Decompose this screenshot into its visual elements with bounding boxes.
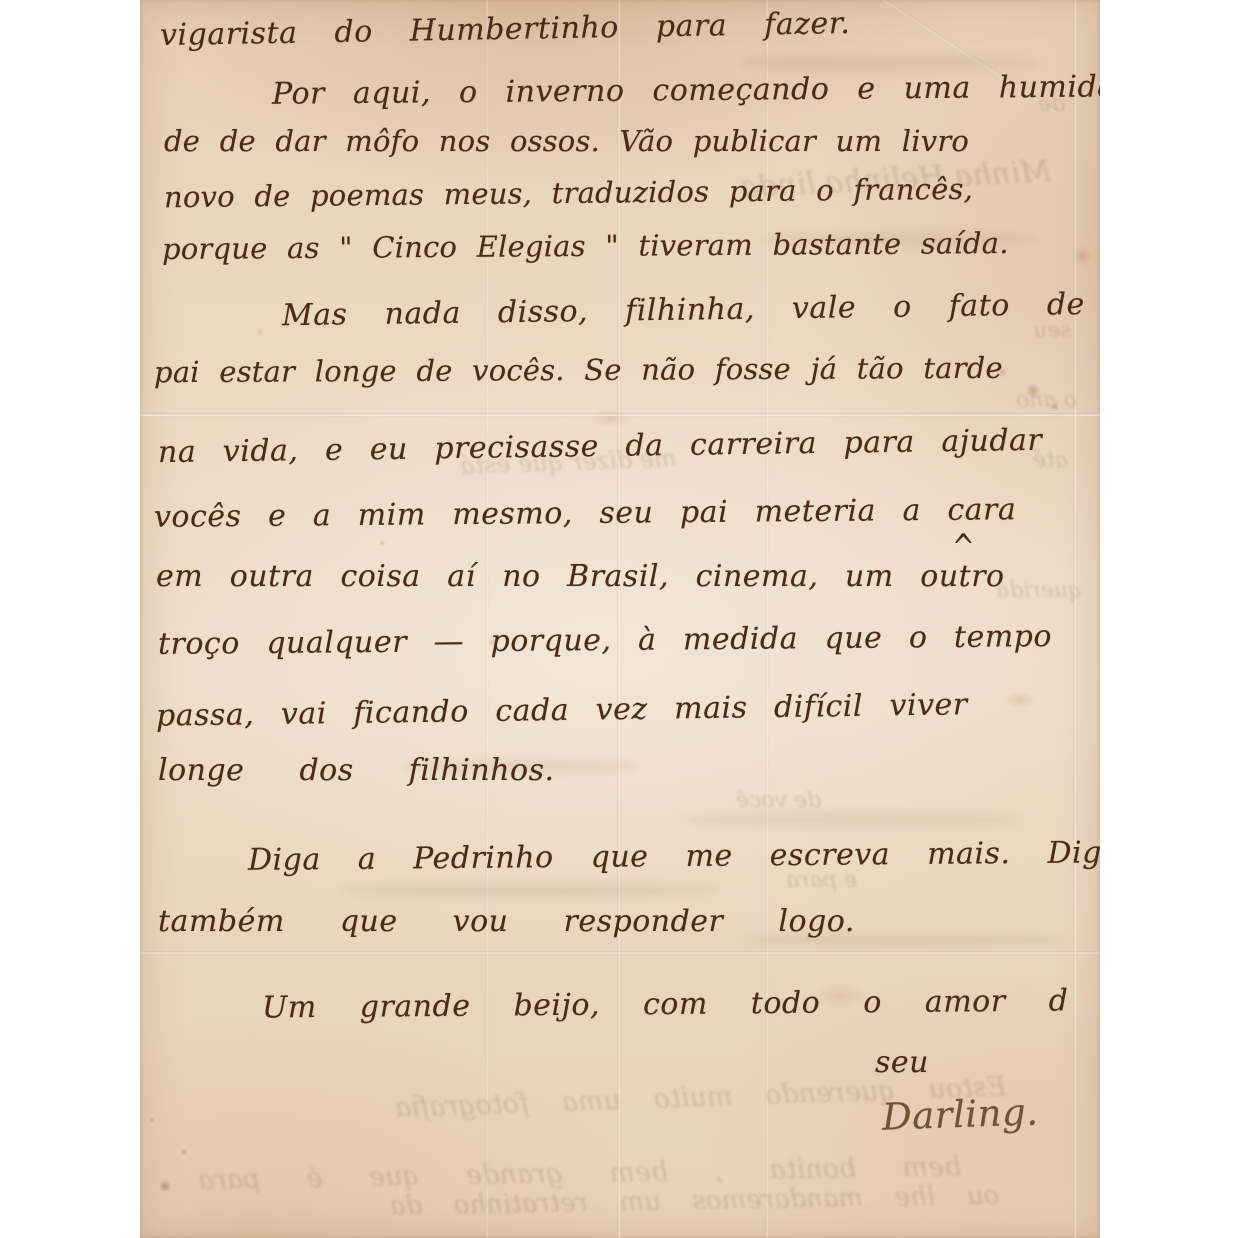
letter-line-5: porque as " Cinco Elegias " tiveram bast… — [162, 226, 1009, 266]
letter-line-15: também que vou responder logo. — [158, 904, 855, 939]
fold-crease-horizontal — [140, 413, 1100, 417]
bleed-through-smudge — [680, 812, 1020, 827]
bleed-through-text: o ano — [1016, 388, 1077, 413]
fold-crease-horizontal — [140, 951, 1100, 955]
letter-line-2: Por aqui, o inverno começando e uma humi… — [272, 69, 1100, 111]
letter-line-3: de de dar môfo nos ossos. Vão publicar u… — [164, 124, 969, 158]
letter-line-17: seu — [875, 1045, 929, 1080]
letter-line-4: novo de poemas meus, traduzidos para o f… — [164, 172, 973, 214]
letter-line-13: longe dos filhinhos. — [158, 753, 555, 788]
letter-line-9: vocês e a mim mesmo, seu pai meteria a c… — [154, 492, 1017, 535]
letter-line-14: Diga a Pedrinho que me escreva mais. Dig… — [248, 835, 1100, 878]
signature: Darling. — [881, 1090, 1039, 1138]
bleed-through-smudge — [340, 882, 720, 897]
letter-line-10: em outra coisa aí no Brasil, cinema, um … — [156, 559, 1005, 594]
letter-line-6: Mas nada disso, filhinha, vale o fato de… — [282, 286, 1100, 333]
insertion-caret-mark: ^ — [952, 528, 975, 568]
letter-paper: Minha Helinha lindadeseuo anoatéme dizer… — [140, 0, 1100, 1238]
letter-line-16: Um grande beijo, com todo o amor d — [262, 983, 1069, 1025]
bleed-through-text: de você — [736, 788, 821, 813]
bleed-through-smudge — [740, 55, 1040, 71]
letter-line-8: na vida, e eu precisasse da carreira par… — [158, 423, 1043, 470]
bleed-through-text: querida — [996, 578, 1082, 603]
scan-background: Minha Helinha lindadeseuo anoatéme dizer… — [0, 0, 1238, 1238]
letter-line-1: vigarista do Humbertinho para fazer. — [160, 6, 851, 53]
letter-line-12: passa, vai ficando cada vez mais difícil… — [156, 687, 968, 733]
letter-line-11: troço qualquer — porque, à medida que o … — [158, 619, 1052, 662]
fold-crease-vertical — [1073, 0, 1077, 1238]
letter-line-7: pai estar longe de vocês. Se não fosse j… — [154, 351, 1003, 389]
